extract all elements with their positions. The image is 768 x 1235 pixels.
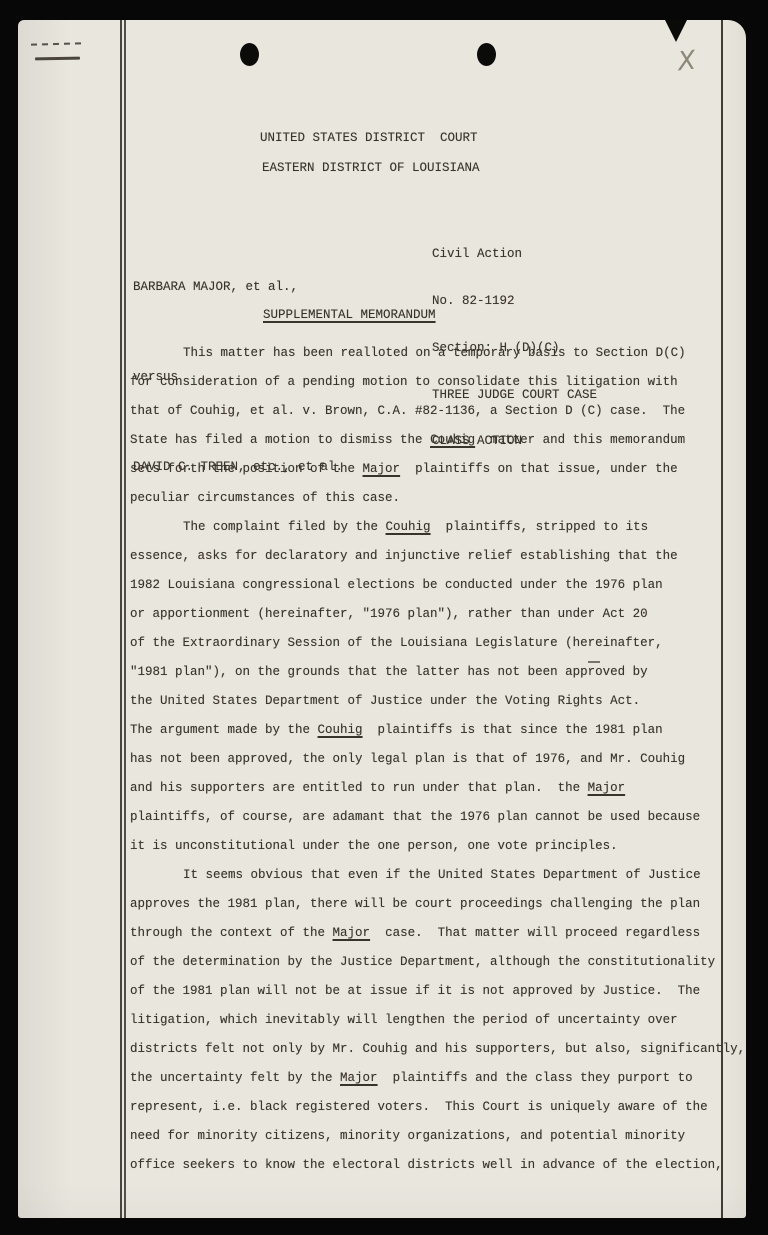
document-line: represent, i.e. black registered voters.… — [130, 1093, 746, 1122]
document-line: or apportionment (hereinafter, "1976 pla… — [130, 600, 746, 629]
document-line: State has filed a motion to dismiss the … — [130, 426, 746, 455]
document-title: SUPPLEMENTAL MEMORANDUM — [263, 308, 436, 322]
document-line: of the determination by the Justice Depa… — [130, 948, 746, 977]
document-line: litigation, which inevitably will length… — [130, 1006, 746, 1035]
document-line: and his supporters are entitled to run u… — [130, 774, 746, 803]
document-line: peculiar circumstances of this case. — [130, 484, 746, 513]
document-line: "1981 plan"), on the grounds that the la… — [130, 658, 746, 687]
screenshot-root: { "document": { "court_line1": "UNITED S… — [0, 0, 768, 1235]
pencil-x-mark: X — [676, 45, 707, 80]
document-line: It seems obvious that even if the United… — [130, 861, 746, 890]
corner-notch — [665, 20, 687, 42]
case-info-line: Civil Action — [432, 247, 597, 263]
document-line: districts felt not only by Mr. Couhig an… — [130, 1035, 746, 1064]
document-line: that of Couhig, et al. v. Brown, C.A. #8… — [130, 397, 746, 426]
document-line: of the 1981 plan will not be at issue if… — [130, 977, 746, 1006]
left-margin-rule-inner — [124, 20, 126, 1218]
document-line: the uncertainty felt by the Major plaint… — [130, 1064, 746, 1093]
document-line: The complaint filed by the Couhig plaint… — [130, 513, 746, 542]
document-line: approves the 1981 plan, there will be co… — [130, 890, 746, 919]
case-info-line: No. 82-1192 — [432, 294, 597, 310]
document-line: for consideration of a pending motion to… — [130, 368, 746, 397]
pencil-line-mark — [35, 57, 80, 61]
document-line: The argument made by the Couhig plaintif… — [130, 716, 746, 745]
plaintiff-name: BARBARA MAJOR, et al., — [133, 272, 343, 302]
document-line: This matter has been realloted on a temp… — [130, 339, 746, 368]
document-line: office seekers to know the electoral dis… — [130, 1151, 746, 1180]
court-name: UNITED STATES DISTRICT COURT — [260, 131, 478, 145]
hole-punch-left — [240, 43, 259, 66]
document-line: 1982 Louisiana congressional elections b… — [130, 571, 746, 600]
hole-punch-right — [477, 43, 496, 66]
document-line: plaintiffs, of course, are adamant that … — [130, 803, 746, 832]
document-body: This matter has been realloted on a temp… — [130, 339, 746, 1180]
document-line: of the Extraordinary Session of the Loui… — [130, 629, 746, 658]
document-line: has not been approved, the only legal pl… — [130, 745, 746, 774]
pencil-dash-mark — [31, 42, 81, 45]
document-line: it is unconstitutional under the one per… — [130, 832, 746, 861]
court-district: EASTERN DISTRICT OF LOUISIANA — [262, 161, 480, 175]
document-line: sets forth the position of the Major pla… — [130, 455, 746, 484]
document-line: need for minority citizens, minority org… — [130, 1122, 746, 1151]
left-margin-rule-outer — [120, 20, 122, 1218]
scanned-document-page: X UNITED STATES DISTRICT COURT EASTERN D… — [18, 20, 746, 1218]
document-line: essence, asks for declaratory and injunc… — [130, 542, 746, 571]
document-line: the United States Department of Justice … — [130, 687, 746, 716]
document-line: through the context of the Major case. T… — [130, 919, 746, 948]
